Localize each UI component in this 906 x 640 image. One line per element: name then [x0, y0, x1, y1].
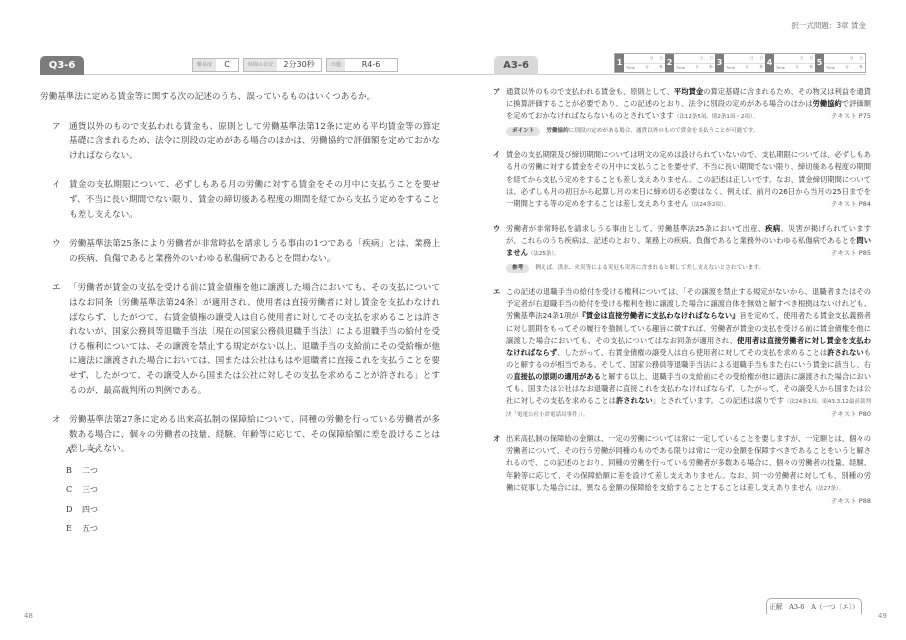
- second-label: 秒: [859, 65, 863, 70]
- second-label: 秒: [809, 65, 813, 70]
- answer-body: ア 通貨以外のもので支払われる賃金も、原則として、平均賃金の算定基礎に含まれるた…: [493, 86, 871, 519]
- answer-text: 労働者が非常時払を請求しうる事由として、労働基準法25条において出産、疾病、災害…: [506, 223, 871, 260]
- tracker-cell-1[interactable]: 1 月日 Time分秒: [615, 54, 665, 72]
- question-item-e: エ 「労働者が賃金の支払を受ける前に賃金債権を他に譲渡した場合においても、その支…: [52, 281, 440, 398]
- time-label: Time: [826, 66, 835, 70]
- choice-key: E: [66, 524, 82, 533]
- text-reference: テキスト P84: [831, 198, 871, 210]
- tracker-number: 3: [715, 54, 724, 72]
- answer-choices: A 一つ B 二つ C 三つ D 四つ E 五つ: [66, 441, 98, 539]
- day-label: 日: [709, 56, 713, 61]
- day-label: 日: [659, 56, 663, 61]
- choice-b[interactable]: B 二つ: [66, 461, 98, 481]
- tracker-cell-4[interactable]: 4 月日 Time分秒: [765, 54, 815, 72]
- left-page: Q3-6 難易度 C 時間の目安 2分30秒 出題 R4-6 労働基準法に定める…: [0, 0, 453, 640]
- choice-key: D: [66, 505, 82, 514]
- day-label: 日: [759, 56, 763, 61]
- time-estimate-label: 時間の目安: [244, 59, 277, 71]
- item-marker: エ: [52, 281, 69, 398]
- tracker-cell-3[interactable]: 3 月日 Time分秒: [715, 54, 765, 72]
- choice-e[interactable]: E 五つ: [66, 519, 98, 539]
- day-label: 日: [809, 56, 813, 61]
- question-meta: 難易度 C 時間の目安 2分30秒 出題 R4-6: [192, 58, 398, 72]
- item-text: 「労働者が賃金の支払を受ける前に賃金債権を他に譲渡した場合においても、その支払に…: [69, 281, 440, 398]
- time-estimate-box: 時間の目安 2分30秒: [243, 58, 322, 72]
- law-citation: （法25条）。: [528, 251, 560, 257]
- point-note: ポイント 労働協約に別段の定めがある場合、通貨以外のもので賃金を支払うことが可能…: [506, 125, 871, 137]
- answer-item-u: ウ 労働者が非常時払を請求しうる事由として、労働基準法25条において出産、疾病、…: [493, 223, 871, 274]
- minute-label: 分: [645, 65, 649, 70]
- minute-label: 分: [845, 65, 849, 70]
- item-text: 労働基準法第27条に定める出来高払制の保障給について、同種の労働を行っている労働…: [69, 413, 440, 457]
- choice-key: A: [66, 446, 82, 455]
- minute-label: 分: [695, 65, 699, 70]
- choice-text: 二つ: [82, 465, 98, 476]
- exam-source-label: 出題: [327, 59, 345, 71]
- item-marker: ア: [493, 86, 506, 137]
- answer-item-a: ア 通貨以外のもので支払われる賃金も、原則として、平均賃金の算定基礎に含まれるた…: [493, 86, 871, 137]
- tracker-number: 5: [815, 54, 824, 72]
- month-label: 月: [750, 56, 754, 61]
- time-label: Time: [626, 66, 635, 70]
- study-tracker: 1 月日 Time分秒 2 月日 Time分秒 3 月日 Time分秒: [614, 53, 866, 73]
- choice-text: 一つ: [82, 445, 98, 456]
- item-marker: ア: [52, 120, 69, 164]
- page-number-left: 48: [24, 612, 33, 620]
- text-reference: テキスト P88: [831, 495, 871, 507]
- exam-source-value: R4-6: [345, 59, 397, 71]
- item-text: 労働基準法第25条により労働者が非常時払を請求しうる事由の1つである「疾病」とは…: [69, 237, 440, 266]
- tracker-number: 4: [765, 54, 774, 72]
- item-marker: ウ: [493, 223, 506, 274]
- question-item-u: ウ 労働基準法第25条により労働者が非常時払を請求しうる事由の1つである「疾病」…: [52, 237, 440, 266]
- choice-text: 三つ: [82, 484, 98, 495]
- question-stem: 労働基準法に定める賃金等に関する次の記述のうち、誤っているものはいくつあるか。: [40, 90, 440, 105]
- choice-key: B: [66, 466, 82, 475]
- answer-item-e: エ この記述の退職手当の給付を受ける権利については、「その譲渡を禁止する規定がな…: [493, 286, 871, 421]
- item-text: 賃金の支払期限について、必ずしもある月の労働に対する賃金をその月中に支払うことを…: [69, 178, 440, 222]
- answer-header-bar: A3-6 1 月日 Time分秒 2 月日 Time分秒 3 月日: [453, 56, 866, 75]
- answer-text: この記述の退職手当の給付を受ける権利については、「その譲渡を禁止する規定がないか…: [506, 286, 871, 421]
- law-citation: （法12条5項、則2条1項・2項）。: [674, 114, 758, 120]
- second-label: 秒: [709, 65, 713, 70]
- month-label: 月: [700, 56, 704, 61]
- choice-text: 五つ: [82, 523, 98, 534]
- answer-item-o: オ 出来高払制の保障給の金額は、一定の労働については常に一定していることを要しま…: [493, 433, 871, 507]
- choice-text: 四つ: [82, 504, 98, 515]
- answer-text: 出来高払制の保障給の金額は、一定の労働については常に一定していることを要しますが…: [506, 433, 871, 494]
- time-label: Time: [676, 66, 685, 70]
- tracker-cell-5[interactable]: 5 月日 Time分秒: [815, 54, 865, 72]
- text-reference: テキスト P75: [831, 110, 871, 122]
- month-label: 月: [650, 56, 654, 61]
- text-reference: テキスト P80: [831, 408, 871, 420]
- question-item-o: オ 労働基準法第27条に定める出来高払制の保障給について、同種の労働を行っている…: [52, 413, 440, 457]
- minute-label: 分: [795, 65, 799, 70]
- choice-d[interactable]: D 四つ: [66, 500, 98, 520]
- question-tab: Q3-6: [40, 56, 84, 75]
- exam-source-box: 出題 R4-6: [326, 58, 398, 72]
- answer-text: 通貨以外のもので支払われる賃金も、原則として、平均賃金の算定基礎に含まれるため、…: [506, 86, 871, 123]
- tracker-number: 1: [615, 54, 624, 72]
- item-marker: イ: [493, 149, 506, 210]
- reference-note: 参考 例えば、洪水、火災等による災厄も災害に含まれると解して差し支えないとされて…: [506, 262, 871, 274]
- item-marker: オ: [493, 433, 506, 507]
- item-marker: イ: [52, 178, 69, 222]
- answer-text: 賃金の支払期限及び締切期間については明文の定めは設けられていないので、支払期限に…: [506, 149, 871, 210]
- correct-answer-box: 正解 A3-6 A（一つ〔エ〕）: [766, 598, 862, 614]
- question-body: 労働基準法に定める賃金等に関する次の記述のうち、誤っているものはいくつあるか。 …: [40, 90, 440, 472]
- answer-item-i: イ 賃金の支払期限及び締切期間については明文の定めは設けられていないので、支払期…: [493, 149, 871, 210]
- page-number-right: 49: [878, 612, 887, 620]
- difficulty-box: 難易度 C: [192, 58, 239, 72]
- point-badge: ポイント: [506, 127, 540, 136]
- difficulty-label: 難易度: [193, 59, 216, 71]
- choice-key: C: [66, 485, 82, 494]
- second-label: 秒: [659, 65, 663, 70]
- answer-tab: A3-6: [494, 56, 538, 75]
- law-citation: （法27条）。: [812, 486, 844, 492]
- question-header-bar: Q3-6 難易度 C 時間の目安 2分30秒 出題 R4-6: [40, 56, 453, 75]
- day-label: 日: [859, 56, 863, 61]
- tracker-cell-2[interactable]: 2 月日 Time分秒: [665, 54, 715, 72]
- minute-label: 分: [745, 65, 749, 70]
- reference-badge: 参考: [506, 264, 529, 273]
- running-head: 択一式問題：3章 賃金: [791, 20, 866, 31]
- question-item-i: イ 賃金の支払期限について、必ずしもある月の労働に対する賃金をその月中に支払うこ…: [52, 178, 440, 222]
- choice-c[interactable]: C 三つ: [66, 480, 98, 500]
- choice-a[interactable]: A 一つ: [66, 441, 98, 461]
- item-text: 通貨以外のもので支払われる賃金も、原則として労働基準法第12条に定める平均賃金等…: [69, 120, 440, 164]
- tracker-number: 2: [665, 54, 674, 72]
- item-marker: ウ: [52, 237, 69, 266]
- right-page: 択一式問題：3章 賃金 A3-6 1 月日 Time分秒 2 月日 Time分秒…: [453, 0, 906, 640]
- time-estimate-value: 2分30秒: [277, 59, 321, 71]
- time-label: Time: [776, 66, 785, 70]
- time-label: Time: [726, 66, 735, 70]
- month-label: 月: [800, 56, 804, 61]
- difficulty-value: C: [216, 59, 238, 71]
- text-reference: テキスト P85: [831, 247, 871, 259]
- item-marker: エ: [493, 286, 506, 421]
- second-label: 秒: [759, 65, 763, 70]
- month-label: 月: [850, 56, 854, 61]
- law-citation: （法24条2項）。: [688, 202, 729, 208]
- question-item-a: ア 通貨以外のもので支払われる賃金も、原則として労働基準法第12条に定める平均賃…: [52, 120, 440, 164]
